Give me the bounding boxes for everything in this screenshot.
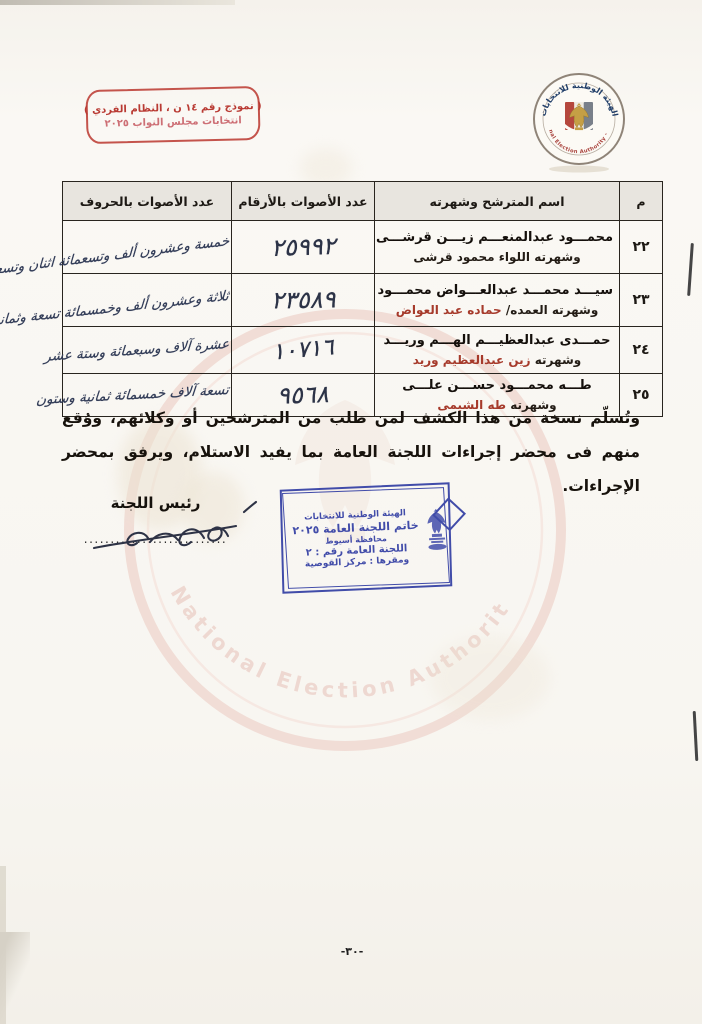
candidate-name-cell: محمـــود عبدالمنعـــم زيـــن قرشـــى وشه… [375, 221, 620, 274]
votes-words-handwritten: ثلاثة وعشرون ألف وخمسمائة تسعة وثمانون [0, 288, 230, 330]
col-header-serial: م [620, 182, 663, 221]
ink-mark [693, 711, 699, 761]
known-as-text: وشهرته العمده/ [502, 303, 599, 317]
table-row: ٢٤ حمـــدى عبدالعظيـــم الهـــم وريـــد … [63, 327, 663, 374]
authority-seal-logo: الهيئة الوطنية للانتخابات National Elect… [531, 70, 627, 174]
votes-numeric-handwritten: ٢٣٥٨٩ [271, 285, 336, 314]
col-header-votes-words: عدد الأصوات بالحروف [63, 182, 232, 221]
election-name-line: انتخابات مجلس النواب ٢٠٢٥ [104, 115, 242, 129]
votes-words-cell: ثلاثة وعشرون ألف وخمسمائة تسعة وثمانون [63, 274, 232, 327]
votes-digits-cell: ١٠٧١٦ [232, 327, 375, 374]
table-row: ٢٢ محمـــود عبدالمنعـــم زيـــن قرشـــى … [63, 221, 663, 274]
votes-words-cell: خمسة وعشرون ألف وتسعمائة اثنان وتسعون [63, 221, 232, 274]
candidate-name: محمـــود عبدالمنعـــم زيـــن قرشـــى [381, 228, 613, 249]
page-number: -٣٠- [328, 945, 376, 958]
scan-artifact [0, 932, 30, 1024]
stamp-text: الهيئة الوطنية للانتخابات خاتم اللجنة ال… [289, 491, 423, 587]
candidate-serial: ٢٢ [620, 221, 663, 274]
candidate-serial: ٢٣ [620, 274, 663, 327]
votes-words-handwritten: عشرة آلاف وسبعمائة وستة عشر [44, 336, 230, 365]
col-header-name: اسم المترشح وشهرته [375, 182, 620, 221]
known-as-red-text: حماده عبد العواض [396, 303, 502, 317]
candidate-name-cell: سيـــد محمـــد عبدالعـــواض محمـــود وشه… [375, 274, 620, 327]
candidate-name: حمـــدى عبدالعظيـــم الهـــم وريـــد [381, 331, 613, 352]
committee-ink-stamp: الهيئة الوطنية للانتخابات خاتم اللجنة ال… [279, 482, 453, 593]
votes-numeric-handwritten: ١٠٧١٦ [271, 334, 335, 365]
results-table: م اسم المترشح وشهرته عدد الأصوات بالأرقا… [62, 181, 663, 417]
signature-block: رئيس اللجنة ........................... [68, 494, 243, 546]
votes-digits-cell: ٢٥٩٩٢ [232, 221, 375, 274]
scanned-election-results-page: National Election Authority ( نموذج رقم … [0, 0, 702, 1024]
candidate-name: سيـــد محمـــد عبدالعـــواض محمـــود [381, 281, 613, 302]
votes-digits-cell: ٢٣٥٨٩ [232, 274, 375, 327]
table-row: ٢٣ سيـــد محمـــد عبدالعـــواض محمـــود … [63, 274, 663, 327]
table-header-row: م اسم المترشح وشهرته عدد الأصوات بالأرقا… [63, 182, 663, 221]
candidate-known-as: وشهرته زين عبدالعظيم وريد [381, 352, 613, 369]
ink-mark [687, 243, 694, 296]
stamp-eagle-icon [422, 506, 452, 553]
form-number-stamp: ( نموذج رقم ١٤ ن ، النظام الفردي ) انتخا… [85, 86, 260, 144]
egypt-eagle-icon [565, 102, 593, 133]
candidate-name: طـــه محمـــود حســـن علـــى [381, 376, 613, 397]
known-as-red-text: زين عبدالعظيم وريد [413, 353, 531, 367]
known-as-text: وشهرته [531, 353, 582, 367]
form-number-line: ( نموذج رقم ١٤ ن ، النظام الفردي ) [84, 100, 262, 115]
candidate-serial: ٢٤ [620, 327, 663, 374]
known-as-text: وشهرته اللواء محمود قرشى [413, 250, 580, 264]
signature-handwriting [58, 498, 258, 562]
candidate-known-as: وشهرته اللواء محمود قرشى [381, 249, 613, 266]
votes-words-cell: عشرة آلاف وسبعمائة وستة عشر [63, 327, 232, 374]
col-header-votes-digits: عدد الأصوات بالأرقام [232, 182, 375, 221]
candidate-known-as: وشهرته العمده/ حماده عبد العواض [381, 302, 613, 319]
candidate-name-cell: حمـــدى عبدالعظيـــم الهـــم وريـــد وشه… [375, 327, 620, 374]
votes-numeric-handwritten: ٢٥٩٩٢ [270, 232, 335, 262]
scan-artifact [430, 636, 550, 720]
scan-artifact [0, 0, 235, 5]
